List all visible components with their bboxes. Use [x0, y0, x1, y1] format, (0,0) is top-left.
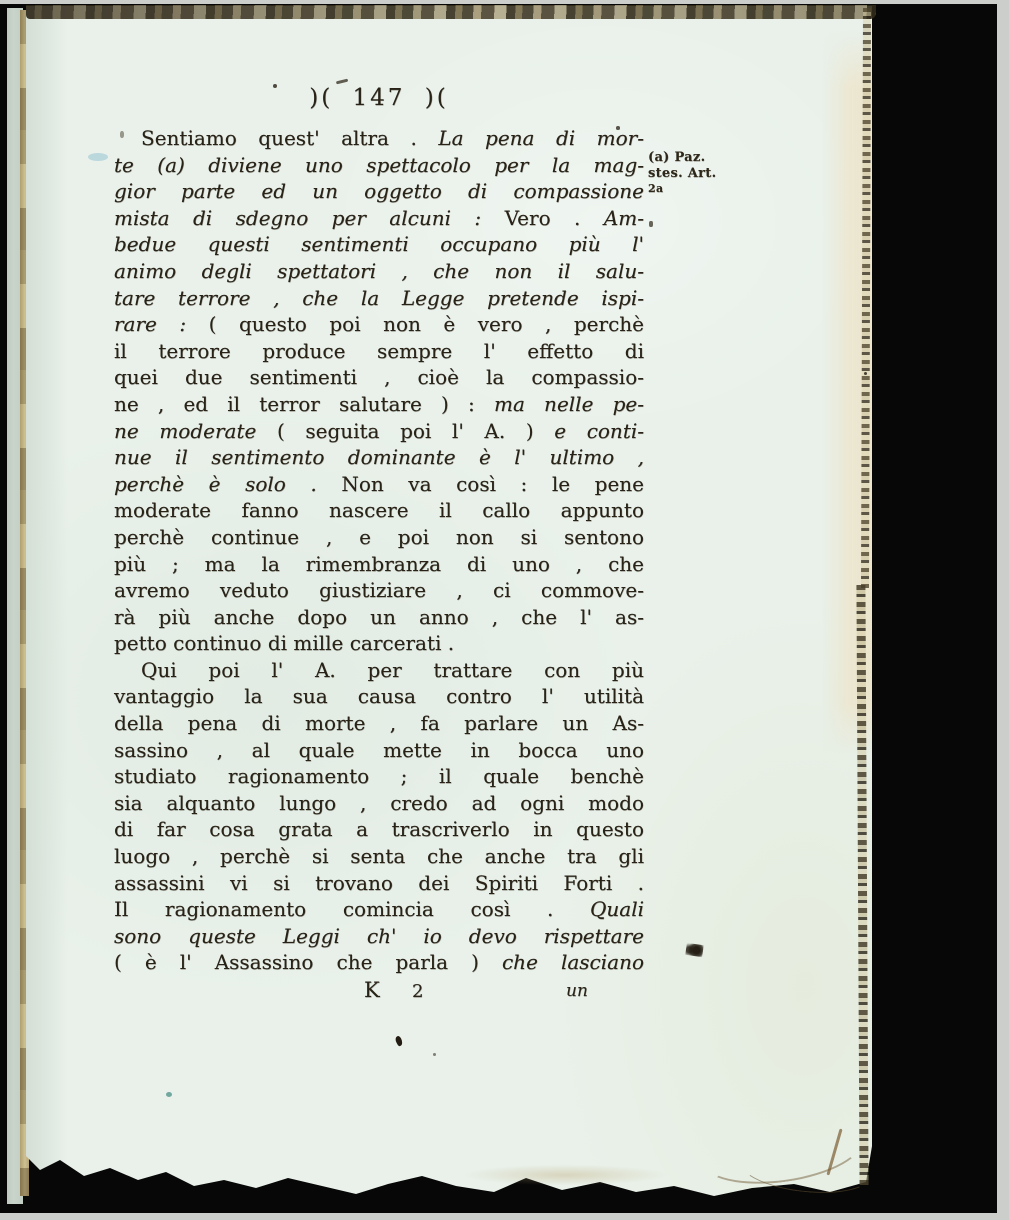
- text-line: assassini vi si trovano dei Spiriti Fort…: [114, 870, 644, 897]
- margin-note-line: stes. Art.: [648, 166, 728, 182]
- text-line: nue il sentimento dominante è l' ultimo …: [114, 444, 644, 471]
- text-line: gior parte ed un oggetto di compassione: [114, 178, 644, 205]
- text-line: moderate fanno nascere il callo appunto: [114, 497, 644, 524]
- text-line: sia alquanto lungo , credo ad ogni modo: [114, 790, 644, 817]
- text-line: mista di sdegno per alcuni : Vero . Am-: [114, 205, 644, 232]
- ink-speck: [616, 126, 620, 130]
- text-line: perchè è solo . Non va così : le pene: [114, 471, 644, 498]
- text-line: animo degli spettatori , che non il salu…: [114, 258, 644, 285]
- page-text: )( 147 )( Sentiamo quest' altra . La pen…: [114, 84, 644, 1008]
- page-footer: K 2 un: [114, 978, 644, 1008]
- text-line: petto continuo di mille carcerati .: [114, 630, 644, 657]
- ink-blot: [685, 943, 704, 957]
- signature-mark: K: [364, 978, 380, 1002]
- text-line: Sentiamo quest' altra . La pena di mor-: [114, 125, 644, 152]
- paper-smudge: [88, 153, 108, 161]
- body-text: Sentiamo quest' altra . La pena di mor-t…: [114, 125, 644, 976]
- text-line: di far cosa grata a trascriverlo in ques…: [114, 816, 644, 843]
- margin-note: (a) Paz. stes. Art. 2a: [648, 150, 728, 197]
- ink-speck: [120, 131, 124, 138]
- text-line: Il ragionamento comincia così . Quali: [114, 896, 644, 923]
- text-line: ne , ed il terror salutare ) : ma nelle …: [114, 391, 644, 418]
- text-line: quei due sentimenti , cioè la compassio-: [114, 364, 644, 391]
- page-top-edge: [26, 5, 876, 19]
- catchword: un: [566, 981, 588, 1001]
- text-line: tare terrore , che la Legge pretende isp…: [114, 285, 644, 312]
- paper-smudge: [166, 1092, 172, 1097]
- ink-speck: [649, 221, 653, 227]
- text-line: rare : ( questo poi non è vero , perchè: [114, 311, 644, 338]
- text-line: il terrore produce sempre l' effetto di: [114, 338, 644, 365]
- text-line: bedue questi sentimenti occupano più l': [114, 231, 644, 258]
- text-line: perchè continue , e poi non si sentono: [114, 524, 644, 551]
- text-line: luogo , perchè si senta che anche tra gl…: [114, 843, 644, 870]
- text-line: della pena di morte , fa parlare un As-: [114, 710, 644, 737]
- page-number: )( 147 )(: [114, 84, 644, 112]
- text-line: Qui poi l' A. per trattare con più: [114, 657, 644, 684]
- signature-number: 2: [412, 981, 423, 1002]
- text-line: te (a) diviene uno spettacolo per la mag…: [114, 152, 644, 179]
- paper-stain: [420, 1160, 710, 1190]
- margin-note-line: 2a: [648, 181, 728, 197]
- text-line: più ; ma la rimembranza di uno , che: [114, 551, 644, 578]
- text-line: rà più anche dopo un anno , che l' as-: [114, 604, 644, 631]
- ink-speck: [433, 1053, 436, 1056]
- ink-speck: [864, 372, 867, 375]
- text-line: avremo veduto giustiziare , ci commove-: [114, 577, 644, 604]
- text-line: ne moderate ( seguita poi l' A. ) e cont…: [114, 418, 644, 445]
- text-line: vantaggio la sua causa contro l' utilità: [114, 683, 644, 710]
- book-scan: )( 147 )( Sentiamo quest' altra . La pen…: [0, 0, 1009, 1220]
- text-line: studiato ragionamento ; il quale benchè: [114, 763, 644, 790]
- text-line: ( è l' Assassino che parla ) che lascian…: [114, 949, 644, 976]
- ink-speck: [273, 84, 277, 88]
- margin-note-line: (a) Paz.: [648, 150, 728, 166]
- text-line: sono queste Leggi ch' io devo rispettare: [114, 923, 644, 950]
- text-line: sassino , al quale mette in bocca uno: [114, 737, 644, 764]
